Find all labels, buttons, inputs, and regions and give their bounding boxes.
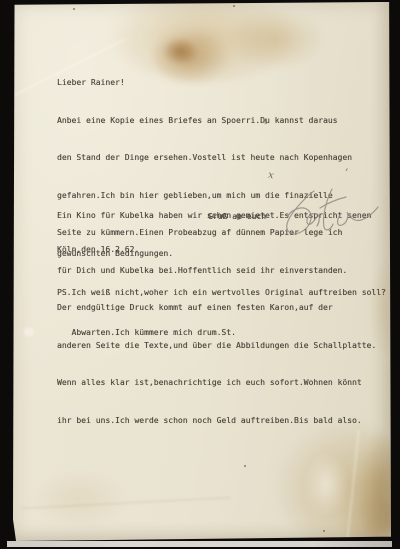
stain-bottom-corner bbox=[341, 494, 400, 546]
closing-line: Gruß an euch bbox=[208, 211, 266, 224]
punch-hole bbox=[24, 327, 34, 337]
stain-light-island bbox=[305, 454, 347, 516]
ink-speck bbox=[323, 530, 325, 532]
ps-line: PS.Ich weiß nicht,woher ich ein wertvoll… bbox=[57, 286, 386, 299]
ps-line: Abwarten.Ich kümmere mich drum.St. bbox=[57, 326, 386, 339]
mount-strip bbox=[7, 541, 392, 547]
stain-bottom-left bbox=[31, 470, 126, 528]
postscript: PS.Ich weiß nicht,woher ich ein wertvoll… bbox=[57, 260, 386, 366]
signature-icon bbox=[276, 185, 386, 243]
body-line: Wenn alles klar ist,benachrichtige ich e… bbox=[57, 377, 376, 390]
letter-photo: Lieber Rainer! Anbei eine Kopie eines Br… bbox=[0, 0, 400, 549]
ink-speck bbox=[244, 465, 246, 467]
handwritten-karton-t-insertion: t bbox=[264, 118, 268, 126]
body-line: den Stand der Dinge ersehen.Vostell ist … bbox=[57, 152, 376, 165]
salutation: Lieber Rainer! bbox=[57, 77, 376, 90]
body-line: Anbei eine Kopie eines Briefes an Spoerr… bbox=[57, 115, 376, 128]
handwritten-x-mark: x bbox=[267, 172, 274, 181]
handwritten-apostrophe-mark: ’ bbox=[345, 170, 348, 178]
body-line: ihr bei uns.Ich werde schon noch Geld au… bbox=[57, 415, 376, 428]
ink-speck bbox=[346, 538, 348, 540]
paper-crease bbox=[21, 497, 231, 510]
ink-speck bbox=[73, 8, 75, 10]
date-line: Köln,den 16.2.62. bbox=[57, 244, 139, 257]
letter-paper: Lieber Rainer! Anbei eine Kopie eines Br… bbox=[13, 2, 391, 541]
signature-stefa bbox=[276, 185, 386, 243]
ink-speck bbox=[233, 5, 235, 7]
